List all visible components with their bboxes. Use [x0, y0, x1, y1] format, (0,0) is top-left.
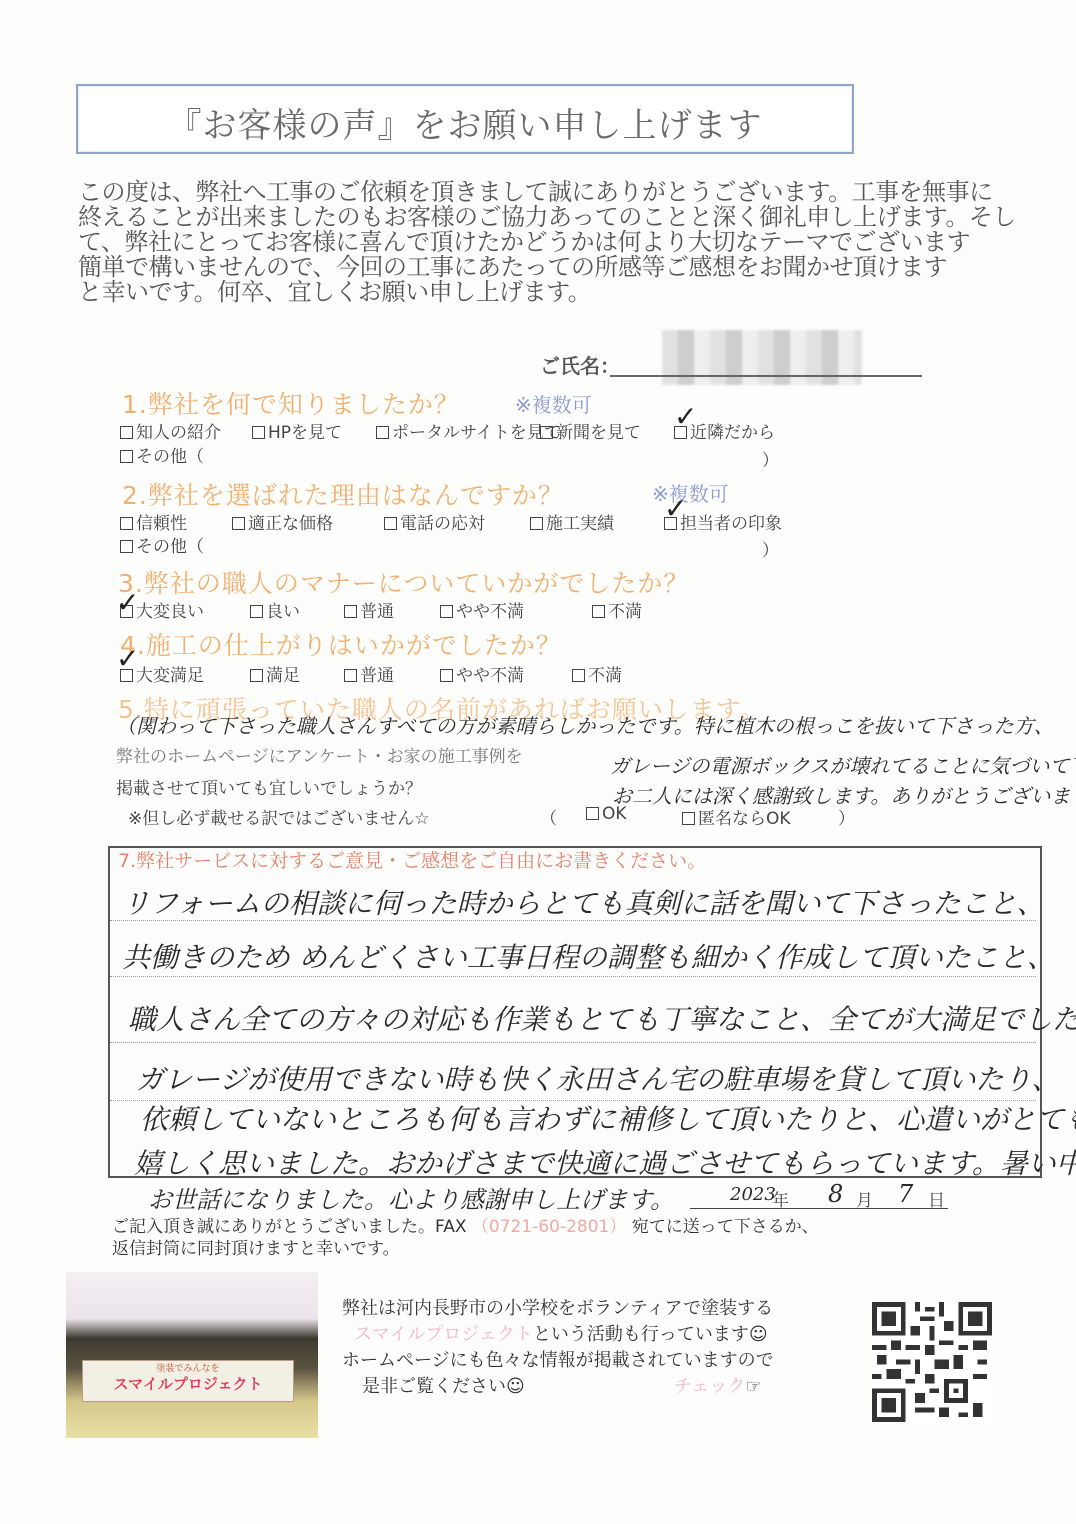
q3-option-slightly-unsatisfied[interactable]: やや不満 [440, 597, 524, 622]
q6-option-anonymous-ok[interactable]: 匿名ならOK [682, 804, 791, 829]
q4-option-unsatisfied[interactable]: 不満 [572, 661, 622, 686]
q7-answer-line: ガレージが使用できない時も快く永田さん宅の駐車場を貸して頂いたり、 [136, 1058, 1059, 1098]
q7-answer-line: お世話になりました。心より感謝申し上げます。 [148, 1180, 674, 1215]
q1-title: 1.弊社を何で知りましたか？ [122, 385, 460, 421]
checkbox[interactable] [344, 669, 357, 682]
smile-project-link[interactable]: スマイルプロジェクト [354, 1324, 533, 1345]
ruled-line [110, 976, 1036, 977]
checkbox[interactable] [250, 669, 263, 682]
checkbox[interactable] [586, 807, 599, 820]
q6-option-ok[interactable]: OK [586, 804, 627, 824]
q4-option-satisfied[interactable]: 満足 [250, 661, 300, 686]
intro-line: て、弊社にとってお客様に喜んで頂けたかどうかは何より大切なテーマでございます [78, 230, 1038, 255]
checkbox[interactable] [250, 605, 263, 618]
q7-title: 7.弊社サービスに対するご意見・ご感想をご自由にお書きください。 [118, 846, 706, 873]
checkbox[interactable] [592, 605, 605, 618]
checkbox[interactable] [530, 517, 543, 530]
q1-option-other[interactable]: その他（ [120, 442, 204, 467]
checkbox[interactable] [440, 605, 453, 618]
qr-code[interactable] [870, 1302, 994, 1422]
checkmark-icon: ✓ [664, 492, 687, 525]
q7-answer-line: 職人さん全ての方々の対応も作業もとても丁寧なこと、全てが大満足でした。 [128, 998, 1076, 1038]
ruled-line [110, 1042, 1036, 1043]
intro-paragraph: この度は、弊社へ工事のご依頼を頂きまして誠にありがとうございます。工事を無事に … [78, 180, 1038, 305]
date-day-unit: 日 [928, 1186, 945, 1211]
q2-option-record[interactable]: 施工実績 [530, 509, 614, 534]
checkbox[interactable] [384, 517, 397, 530]
intro-line: この度は、弊社へ工事のご依頼を頂きまして誠にありがとうございます。工事を無事に [78, 180, 1038, 205]
checkbox[interactable] [232, 517, 245, 530]
checkbox[interactable] [376, 426, 389, 439]
checkbox[interactable] [440, 669, 453, 682]
date-year-unit: 年 [772, 1186, 789, 1211]
q2-title: 2.弊社を選ばれた理由はなんですか？ [122, 476, 564, 512]
q3-option-unsatisfied[interactable]: 不満 [592, 597, 642, 622]
intro-line: 簡単で構いませんので、今回の工事にあたっての所感等ご感想をお聞かせ頂けます [78, 255, 1038, 280]
q6-line2: 掲載させて頂いても宜しいでしょうか？ [116, 774, 422, 799]
date-year: 2023 [730, 1184, 776, 1205]
q5-answer-line: ガレージの電源ボックスが壊れてることに気づいて下さった [610, 750, 1076, 779]
name-label: ご氏名： [540, 350, 620, 379]
q3-option-good[interactable]: 良い [250, 597, 300, 622]
checkmark-icon: ✓ [116, 586, 139, 619]
page-title: 『お客様の声』をお願い申し上げます [78, 98, 852, 147]
checkbox[interactable] [540, 426, 553, 439]
intro-line: と幸いです。何卒、宜しくお願い申し上げます。 [78, 280, 1038, 305]
q6-close-paren: ） [838, 804, 855, 829]
checkbox[interactable] [120, 450, 133, 463]
fax-number: （0721-60-2801） [472, 1217, 626, 1237]
title-box: 『お客様の声』をお願い申し上げます [76, 84, 854, 154]
checkbox[interactable] [252, 426, 265, 439]
intro-line: 終えることが出来ましたのもお客様のご協力あってのことと深く御礼申し上げます。そし [78, 205, 1038, 230]
q1-multi-note: ※複数可 [515, 389, 592, 418]
checkbox[interactable] [120, 517, 133, 530]
pointing-hand-icon: ☞ [745, 1376, 761, 1397]
date-field[interactable]: 2023 年 8 月 7 日 [690, 1184, 948, 1209]
check-link[interactable]: チェック☞ [674, 1374, 762, 1400]
q3-option-normal[interactable]: 普通 [344, 597, 394, 622]
q7-answer-line: 依頼していないところも何も言わずに補修して頂いたりと、心遣いがとても [140, 1098, 1076, 1138]
q2-option-phone[interactable]: 電話の応対 [384, 509, 485, 534]
q3-title: 3.弊社の職人のマナーについていかがでしたか？ [118, 564, 689, 600]
q4-option-slightly-unsatisfied[interactable]: やや不満 [440, 661, 524, 686]
checkbox[interactable] [120, 426, 133, 439]
q7-answer-line: リフォームの相談に伺った時からとても真剣に話を聞いて下さったこと、 [122, 882, 1045, 922]
q1-option-hp[interactable]: HPを見て [252, 418, 342, 443]
q7-answer-line: 嬉しく思いました。おかげさまで快適に過ごさせてもらっています。暑い中本当に [134, 1142, 1076, 1182]
checkbox[interactable] [572, 669, 585, 682]
date-month: 8 [828, 1180, 843, 1208]
checkmark-icon: ✓ [116, 642, 139, 675]
q7-answer-line: 共働きのため めんどくさい工事日程の調整も細かく作成して頂いたこと、 [122, 936, 1055, 976]
q1-option-newspaper[interactable]: 新聞を見て [540, 418, 641, 443]
q6-line1: 弊社のホームページにアンケート・お家の施工事例を [116, 742, 523, 767]
q4-title: 4.施工の仕上がりはいかがでしたか？ [120, 626, 562, 662]
date-day: 7 [898, 1180, 913, 1208]
q5-answer-line: （関わって下さった職人さんすべての方が素晴らしかったです。特に植木の根っこを抜い… [116, 710, 1054, 739]
footer-line2: 返信封筒に同封頂けますと幸いです。 [112, 1234, 400, 1259]
date-month-unit: 月 [856, 1186, 873, 1211]
q6-note: ※但し必ず載せる訳ではございません☆ [128, 804, 429, 829]
q2-option-trust[interactable]: 信頼性 [120, 509, 187, 534]
checkbox[interactable] [344, 605, 357, 618]
q2-option-price[interactable]: 適正な価格 [232, 509, 333, 534]
promo-text: 弊社は河内長野市の小学校をボランティアで塗装する スマイルプロジェクトという活動… [342, 1296, 774, 1400]
q6-open-paren: （ [540, 804, 557, 829]
q1-option-portal[interactable]: ポータルサイトを見て [376, 418, 561, 443]
q1-option-acquaintance[interactable]: 知人の紹介 [120, 418, 221, 443]
smile-project-photo: 塗装でみんなを スマイルプロジェクト [66, 1272, 318, 1438]
q1-other-close: ） [762, 446, 779, 471]
name-field[interactable] [610, 375, 922, 377]
checkbox[interactable] [682, 812, 695, 825]
checkmark-icon: ✓ [674, 400, 697, 433]
q4-option-normal[interactable]: 普通 [344, 661, 394, 686]
q2-other-close: ） [762, 536, 779, 561]
q2-option-other[interactable]: その他（ [120, 532, 204, 557]
checkbox[interactable] [120, 540, 133, 553]
photo-banner: 塗装でみんなを スマイルプロジェクト [82, 1360, 294, 1402]
